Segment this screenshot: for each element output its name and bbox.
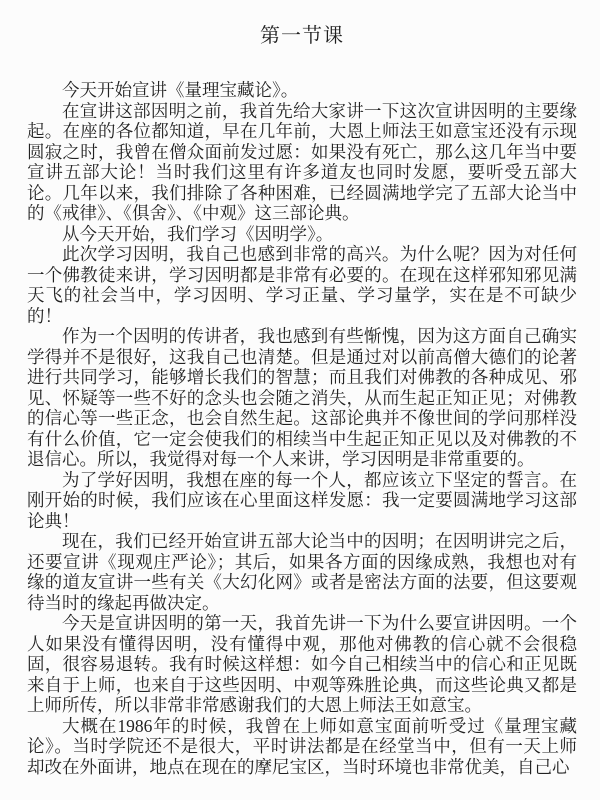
paragraph-5: 作为一个因明的传讲者，我也感到有些惭愧，因为这方面自己确实学得并不是很好，这我自…	[27, 326, 577, 470]
document-body: 今天开始宣讲《量理宝藏论》。 在宣讲这部因明之前，我首先给大家讲一下这次宣讲因明…	[27, 80, 577, 777]
paragraph-1: 今天开始宣讲《量理宝藏论》。	[27, 80, 577, 101]
paragraph-4: 此次学习因明，我自己也感到非常的高兴。为什么呢？因为对任何一个佛教徒来讲，学习因…	[27, 244, 577, 326]
page-title: 第一节课	[27, 24, 577, 48]
paragraph-6: 为了学好因明，我想在座的每一个人，都应该立下坚定的誓言。在刚开始的时候，我们应该…	[27, 470, 577, 532]
paragraph-8: 今天是宣讲因明的第一天，我首先讲一下为什么要宣讲因明。一个人如果没有懂得因明，没…	[27, 613, 577, 716]
document-page: 第一节课 今天开始宣讲《量理宝藏论》。 在宣讲这部因明之前，我首先给大家讲一下这…	[0, 0, 600, 800]
paragraph-7: 现在，我们已经开始宣讲五部大论当中的因明；在因明讲完之后，还要宣讲《现观庄严论》…	[27, 531, 577, 613]
paragraph-9: 大概在1986年的时候，我曾在上师如意宝面前听受过《量理宝藏论》。当时学院还不是…	[27, 716, 577, 778]
paragraph-2: 在宣讲这部因明之前，我首先给大家讲一下这次宣讲因明的主要缘起。在座的各位都知道，…	[27, 101, 577, 224]
paragraph-3: 从今天开始，我们学习《因明学》。	[27, 224, 577, 245]
